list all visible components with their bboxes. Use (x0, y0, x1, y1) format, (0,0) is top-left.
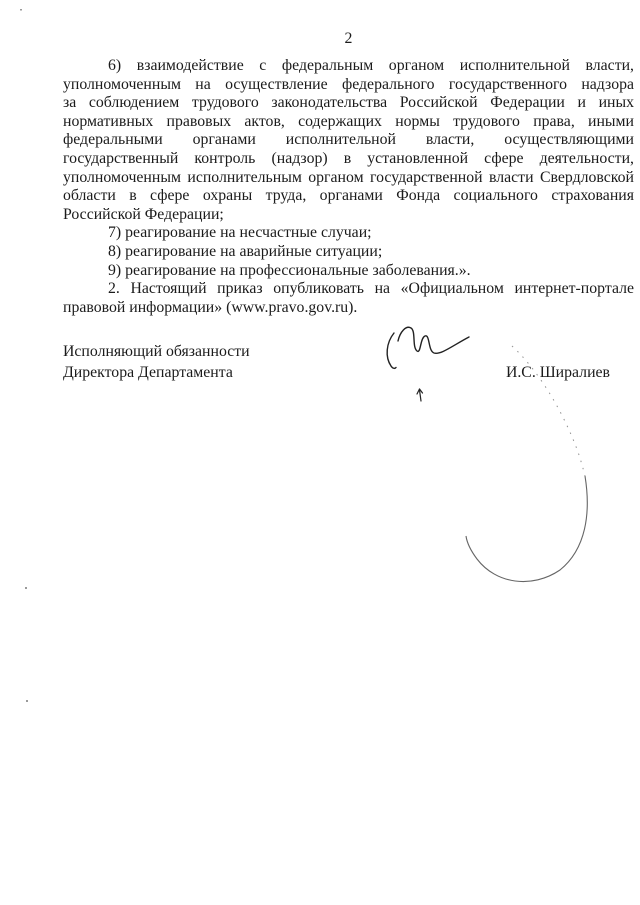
body-text-line: уполномоченным на осуществление федераль… (63, 76, 634, 95)
body-text-line: области в сфере охраны труда, органами Ф… (63, 187, 634, 206)
body-text-line: нормативных правовых актов, содержащих н… (63, 113, 634, 132)
body-text-line: правовой информации» (www.pravo.gov.ru). (63, 299, 634, 318)
body-text-line: Российской Федерации; (63, 206, 634, 225)
pen-arrow-mark-icon (417, 389, 423, 401)
page-content: 2 6) взаимодействие с федеральным органо… (63, 29, 634, 383)
body-text-line: уполномоченным исполнительным органом го… (63, 169, 634, 188)
scan-artifact-arc (466, 476, 587, 582)
body-text-line: федеральными органами исполнительной вла… (63, 131, 634, 150)
body-text-line: 7) реагирование на несчастные случаи; (63, 224, 634, 243)
document-page: 2 6) взаимодействие с федеральным органо… (0, 0, 640, 905)
body-text-line: 2. Настоящий приказ опубликовать на «Офи… (63, 280, 634, 299)
body-text-line: 9) реагирование на профессиональные забо… (63, 262, 634, 281)
page-number: 2 (63, 29, 634, 48)
signatory-name: И.С. Ширалиев (506, 362, 610, 383)
body-text-line: за соблюдением трудового законодательств… (63, 94, 634, 113)
signatory-role: Исполняющий обязанности Директора Департ… (63, 341, 250, 383)
body-text: 6) взаимодействие с федеральным органом … (63, 57, 634, 317)
signatory-role-line: Директора Департамента (63, 362, 250, 383)
body-text-line: государственный контроль (надзор) в уста… (63, 150, 634, 169)
body-text-line: 6) взаимодействие с федеральным органом … (63, 57, 634, 76)
body-text-line: 8) реагирование на аварийные ситуации; (63, 243, 634, 262)
signatory-role-line: Исполняющий обязанности (63, 341, 250, 362)
signature-block: Исполняющий обязанности Директора Департ… (63, 341, 634, 383)
scan-speck (20, 9, 28, 702)
